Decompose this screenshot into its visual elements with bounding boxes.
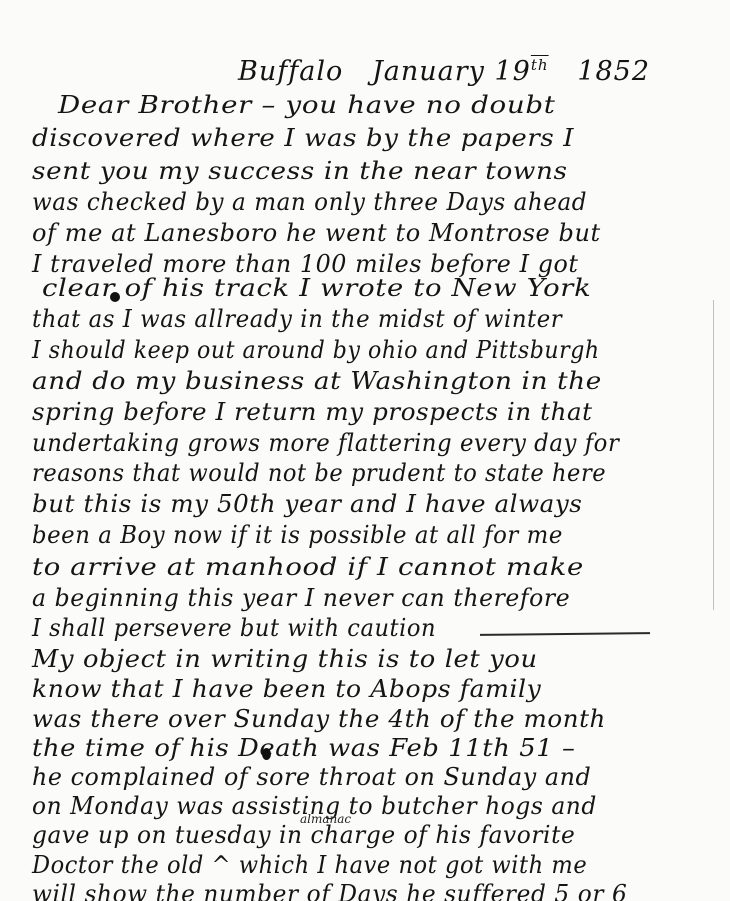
ink-blot <box>110 292 120 302</box>
interlinear-insertion: almanac <box>300 812 351 826</box>
letter-line: was there over Sunday the 4th of the mon… <box>32 704 606 733</box>
closing-dash <box>480 632 650 636</box>
letter-line: discovered where I was by the papers I <box>32 123 574 152</box>
letter-line: a beginning this year I never can theref… <box>32 583 570 612</box>
letter-line: reasons that would not be prudent to sta… <box>32 458 606 487</box>
letter-line: that as I was allready in the midst of w… <box>32 304 562 333</box>
page-edge-shadow <box>713 300 714 610</box>
letter-line: know that I have been to Abops family <box>32 674 541 703</box>
letter-line: he complained of sore throat on Sunday a… <box>32 762 591 791</box>
dateline-year: 1852 <box>577 56 650 87</box>
letter-line: spring before I return my prospects in t… <box>32 397 593 426</box>
letter-line: been a Boy now if it is possible at all … <box>32 520 563 549</box>
letter-line: Dear Brother – you have no doubt <box>58 90 556 119</box>
letter-page: Buffalo January 19th 1852 Dear Brother –… <box>0 0 730 901</box>
letter-line: clear of his track I wrote to New York <box>42 273 591 302</box>
letter-line: was checked by a man only three Days ahe… <box>32 187 587 216</box>
letter-line: of me at Lanesboro he went to Montrose b… <box>32 218 601 247</box>
letter-line: and do my business at Washington in the <box>32 366 602 395</box>
letter-line: but this is my 50th year and I have alwa… <box>32 489 582 518</box>
letter-line: I shall persevere but with caution <box>32 613 436 642</box>
letter-line: My object in writing this is to let you <box>32 644 538 673</box>
letter-line: to arrive at manhood if I cannot make <box>32 552 584 581</box>
letter-line: undertaking grows more flattering every … <box>32 428 619 457</box>
letter-line: I should keep out around by ohio and Pit… <box>32 335 600 364</box>
dateline-date: January 19 <box>372 56 531 87</box>
ink-blot <box>262 748 271 760</box>
letter-line: the time of his Death was Feb 11th 51 – <box>32 733 576 762</box>
letter-line: will show the number of Days he suffered… <box>32 879 627 901</box>
letter-line: sent you my success in the near towns <box>32 156 568 185</box>
letter-dateline: Buffalo January 19th 1852 <box>238 56 650 87</box>
letter-line: Doctor the old ^ which I have not got wi… <box>32 850 587 879</box>
dateline-day-suffix: th <box>531 56 549 74</box>
dateline-place: Buffalo <box>238 56 343 87</box>
